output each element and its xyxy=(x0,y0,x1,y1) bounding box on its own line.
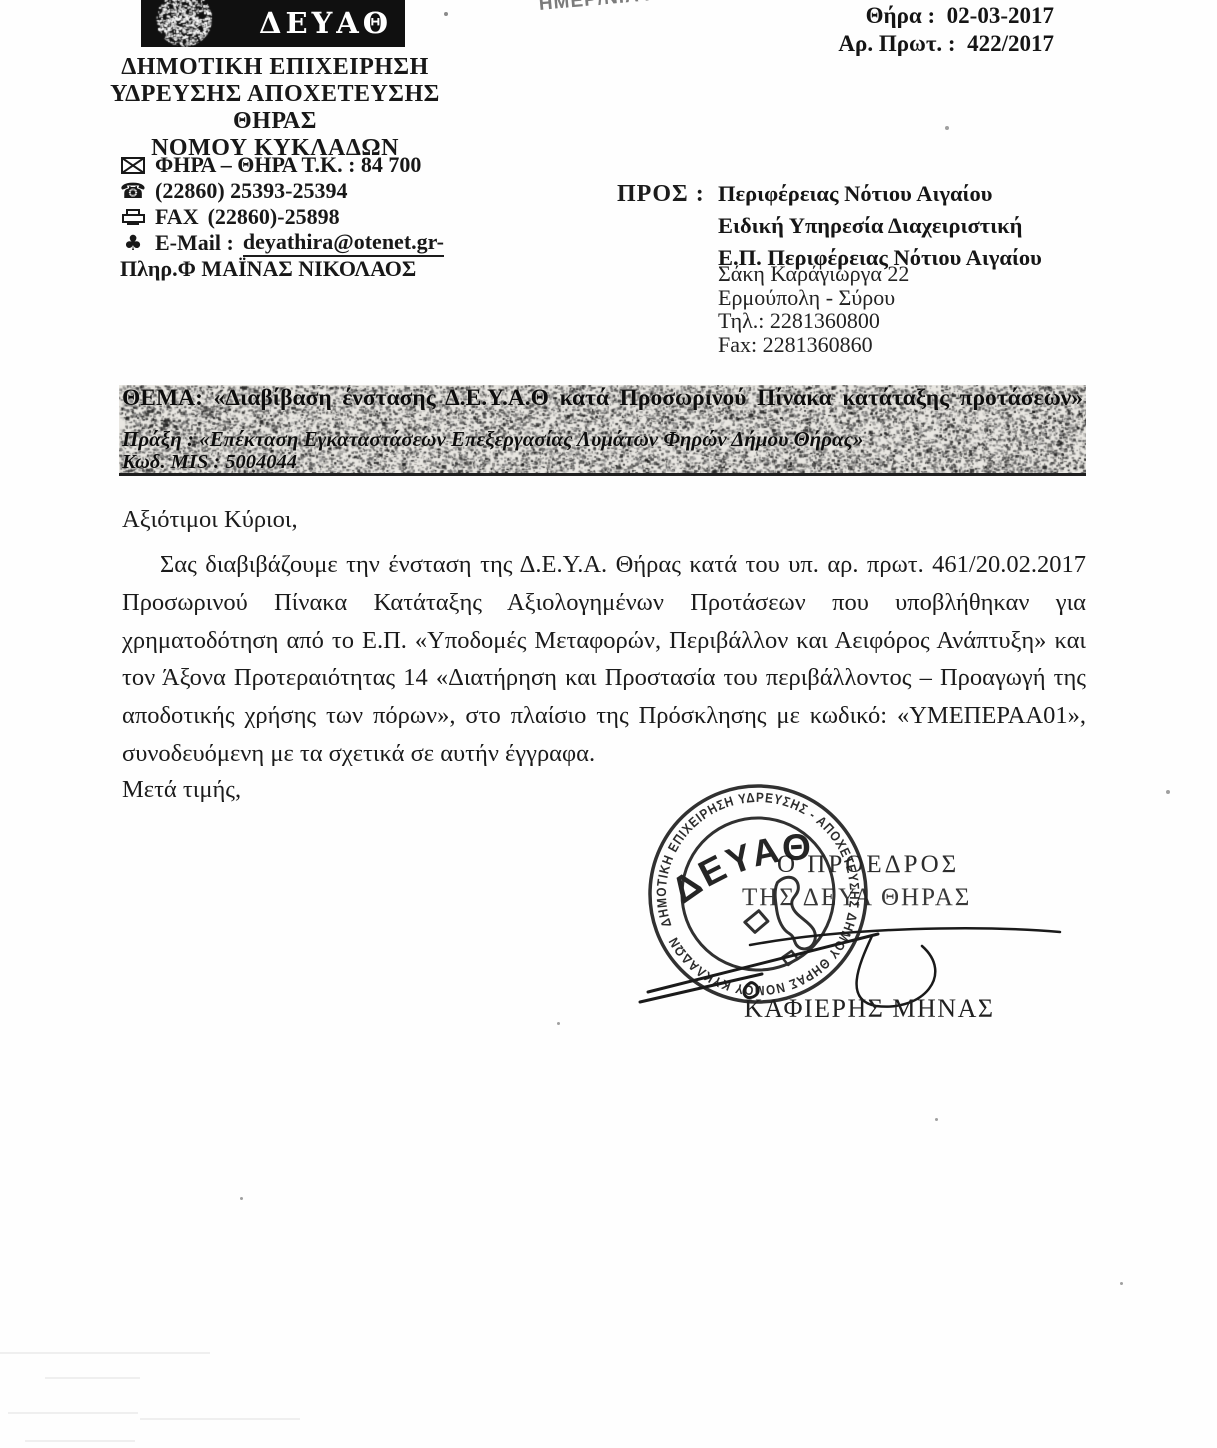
scan-streak xyxy=(140,1418,300,1420)
recipient-addr-line: Fax: 2281360860 xyxy=(718,333,909,357)
organization-name: ΔΗΜΟΤΙΚΗ ΕΠΙΧΕΙΡΗΣΗ ΥΔΡΕΥΣΗΣ ΑΠΟΧΕΤΕΥΣΗΣ… xyxy=(95,54,455,162)
recipient-line: Περιφέρειας Νότιου Αιγαίου xyxy=(718,178,1042,210)
date-line: Θήρα : 02-03-2017 xyxy=(790,2,1054,30)
fax-label: FAX xyxy=(155,204,199,230)
address-row: ΦΗΡΑ – ΘΗΡΑ Τ.Κ. : 84 700 xyxy=(120,152,444,178)
received-stamp-text: ΗΜΕΡ/ΝΙΑ ΛΗΨΕΩΣ xyxy=(538,0,733,15)
fax-printer-icon xyxy=(120,209,146,226)
scan-speck xyxy=(1120,1282,1123,1285)
contact-block: ΦΗΡΑ – ΘΗΡΑ Τ.Κ. : 84 700 ☎ (22860) 2539… xyxy=(120,152,444,282)
envelope-icon xyxy=(120,157,146,174)
salutation: Αξιότιμοι Κύριοι, xyxy=(122,506,298,534)
scan-streak xyxy=(0,1352,210,1354)
phone-icon: ☎ xyxy=(120,181,146,202)
protocol-label: Αρ. Πρωτ. : xyxy=(838,31,955,56)
recipient-addr-line: Σάκη Καράγιωργα 22 xyxy=(718,262,909,286)
logo-emblem-icon xyxy=(151,0,217,47)
phone-row: ☎ (22860) 25393-25394 xyxy=(120,178,444,204)
contact-person-row: Πληρ.Φ ΜΑΪΝΑΣ ΝΙΚΟΛΑΟΣ xyxy=(120,256,444,282)
scan-speck xyxy=(1166,790,1170,794)
body-line: συνοδευόμενη με τα σχετικά σε αυτήν έγγρ… xyxy=(122,735,1086,773)
deyath-logo: ΔΕΥΑΘ xyxy=(141,0,405,47)
scan-streak xyxy=(45,1377,140,1379)
scan-streak xyxy=(25,1440,135,1442)
recipient-addr-line: Ερμούπολη - Σύρου xyxy=(718,286,909,310)
subject-line-2: Πράξη : «Επέκταση Εγκαταστάσεων Επεξεργα… xyxy=(122,427,1083,452)
email-row: ♣ E-Mail : deyathira@otenet.gr- xyxy=(120,230,444,256)
recipient-label: ΠΡΟΣ : xyxy=(617,181,705,208)
recipient-address-lines: Σάκη Καράγιωργα 22 Ερμούπολη - Σύρου Τηλ… xyxy=(718,262,909,356)
body-line: Σας διαβιβάζουμε την ένσταση της Δ.Ε.Υ.Α… xyxy=(122,546,1086,584)
logo-text: ΔΕΥΑΘ xyxy=(259,6,392,40)
closing-phrase: Μετά τιμής, xyxy=(122,776,241,804)
body-line: τον Άξονα Προτεραιότητας 14 «Διατήρηση κ… xyxy=(122,659,1086,697)
subject-line-3: Κωδ. MIS : 5004044 xyxy=(122,451,1083,474)
phone-text: (22860) 25393-25394 xyxy=(155,178,347,204)
scan-speck xyxy=(935,1118,938,1121)
signatory-name: ΚΑΦΙΕΡΗΣ ΜΗΝΑΣ xyxy=(744,994,994,1024)
recipient-addr-line: Τηλ.: 2281360800 xyxy=(718,309,909,333)
address-text: ΦΗΡΑ – ΘΗΡΑ Τ.Κ. : 84 700 xyxy=(155,152,421,178)
scan-speck xyxy=(444,12,448,16)
body-line: Προσωρινού Πίνακα Κατάταξης Αξιολογημένω… xyxy=(122,584,1086,622)
subject-line-1: ΘΕΜΑ: «Διαβίβαση ένστασης Δ.Ε.Υ.Α.Θ κατά… xyxy=(122,385,1083,412)
scan-speck xyxy=(557,1022,560,1025)
scan-speck xyxy=(945,126,949,130)
date-label: Θήρα : xyxy=(866,3,936,28)
contact-person: Πληρ.Φ ΜΑΪΝΑΣ ΝΙΚΟΛΑΟΣ xyxy=(120,256,416,282)
protocol-line: Αρ. Πρωτ. : 422/2017 xyxy=(790,30,1054,58)
scan-speck xyxy=(240,1197,243,1200)
club-icon: ♣ xyxy=(120,233,146,254)
scan-streak xyxy=(8,1412,138,1414)
email-address: deyathira@otenet.gr- xyxy=(243,229,444,257)
org-line: ΔΗΜΟΤΙΚΗ ΕΠΙΧΕΙΡΗΣΗ xyxy=(95,54,455,81)
recipient-line: Ειδική Υπηρεσία Διαχειριστική xyxy=(718,210,1042,242)
recipient-bold-lines: Περιφέρειας Νότιου Αιγαίου Ειδική Υπηρεσ… xyxy=(718,178,1042,274)
protocol-value: 422/2017 xyxy=(967,31,1054,56)
date-value: 02-03-2017 xyxy=(947,3,1054,28)
body-paragraph: Σας διαβιβάζουμε την ένσταση της Δ.Ε.Υ.Α… xyxy=(122,546,1086,773)
subject-block: ΘΕΜΑ: «Διαβίβαση ένστασης Δ.Ε.Υ.Α.Θ κατά… xyxy=(119,385,1086,476)
body-line: αποδοτικής χρήσης των πόρων», στο πλαίσι… xyxy=(122,697,1086,735)
email-label: E-Mail : xyxy=(155,230,234,256)
org-line: ΥΔΡΕΥΣΗΣ ΑΠΟΧΕΤΕΥΣΗΣ xyxy=(95,81,455,108)
fax-number: (22860)-25898 xyxy=(208,204,340,230)
fax-row: FAX (22860)-25898 xyxy=(120,204,444,230)
body-line: χρηματοδότηση από το Ε.Π. «Υποδομές Μετα… xyxy=(122,622,1086,660)
org-line: ΘΗΡΑΣ xyxy=(95,108,455,135)
received-date-stamp: ΗΜΕΡ/ΝΙΑ ΛΗΨΕΩΣ: ...·· ·· xyxy=(538,0,801,16)
scanned-letter-page: ΔΕΥΑΘ ΔΗΜΟΤΙΚΗ ΕΠΙΧΕΙΡΗΣΗ ΥΔΡΕΥΣΗΣ ΑΠΟΧΕ… xyxy=(0,0,1217,1448)
date-protocol-block: Θήρα : 02-03-2017 Αρ. Πρωτ. : 422/2017 xyxy=(790,2,1054,58)
